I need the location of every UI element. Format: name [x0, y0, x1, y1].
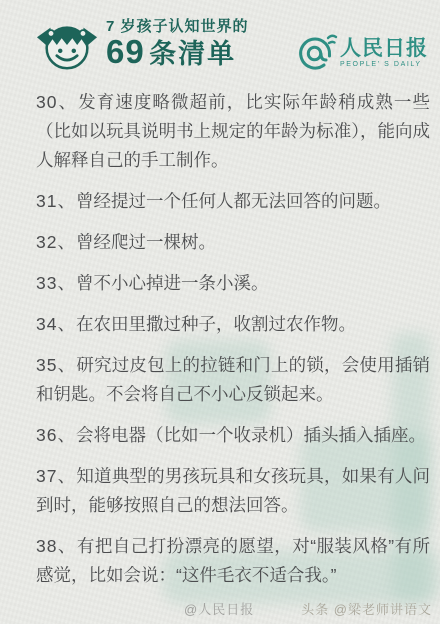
footer: @人民日报 头条 @梁老师讲语文 — [0, 600, 440, 620]
list-item: 31、曾经提过一个任何人都无法回答的问题。 — [36, 187, 430, 216]
peoples-daily-logo: 人民日报 PEOPLE' S DAILY — [292, 30, 428, 76]
item-number: 36、 — [36, 425, 76, 445]
logo-subtitle: PEOPLE' S DAILY — [340, 60, 428, 69]
item-text: 曾不小心掉进一条小溪。 — [76, 273, 269, 293]
item-number: 32、 — [36, 232, 76, 252]
girl-face-icon — [36, 18, 98, 74]
item-text: 知道典型的男孩玩具和女孩玩具，如果有人问到时，能够按照自己的想法回答。 — [36, 466, 430, 515]
list-item: 36、会将电器（比如一个收录机）插头插入插座。 — [36, 421, 430, 450]
item-text: 曾经爬过一棵树。 — [76, 232, 216, 252]
item-number: 31、 — [36, 191, 76, 211]
title-number: 69 — [106, 33, 145, 70]
at-megaphone-icon — [292, 30, 338, 76]
list-item: 30、发育速度略微超前，比实际年龄稍成熟一些（比如以玩具说明书上规定的年龄为标准… — [36, 88, 430, 175]
list-item: 33、曾不小心掉进一条小溪。 — [36, 269, 430, 298]
item-text: 在农田里撒过种子，收割过农作物。 — [76, 314, 356, 334]
item-text: 曾经提过一个任何人都无法回答的问题。 — [76, 191, 391, 211]
item-number: 35、 — [36, 355, 76, 375]
list-item: 35、研究过皮包上的拉链和门上的锁，会使用插销和钥匙。不会将自己不小心反锁起来。 — [36, 351, 430, 409]
checklist: 30、发育速度略微超前，比实际年龄稍成熟一些（比如以玩具说明书上规定的年龄为标准… — [0, 88, 440, 602]
item-text: 研究过皮包上的拉链和门上的锁，会使用插销和钥匙。不会将自己不小心反锁起来。 — [36, 355, 430, 404]
item-number: 38、 — [36, 536, 77, 556]
footer-watermark-right: 头条 @梁老师讲语文 — [301, 600, 432, 620]
header: 7 岁孩子认知世界的 69 条清单 人民日报 PEOPLE' S DA — [0, 0, 440, 92]
title-line2: 69 条清单 — [106, 36, 249, 75]
item-number: 33、 — [36, 273, 76, 293]
item-text: 会将电器（比如一个收录机）插头插入插座。 — [76, 425, 426, 445]
list-item: 34、在农田里撒过种子，收割过农作物。 — [36, 310, 430, 339]
title-badge: 7 岁孩子认知世界的 69 条清单 — [36, 18, 249, 75]
item-text: 有把自己打扮漂亮的愿望，对“服装风格”有所感觉，比如会说：“这件毛衣不适合我。” — [36, 536, 430, 585]
list-item: 38、有把自己打扮漂亮的愿望，对“服装风格”有所感觉，比如会说：“这件毛衣不适合… — [36, 532, 430, 590]
title-suffix: 条清单 — [149, 39, 236, 69]
item-number: 37、 — [36, 466, 76, 486]
logo-text: 人民日报 PEOPLE' S DAILY — [340, 38, 428, 69]
page-title: 7 岁孩子认知世界的 69 条清单 — [106, 18, 249, 75]
item-number: 30、 — [36, 92, 78, 112]
infographic-card: 7 岁孩子认知世界的 69 条清单 人民日报 PEOPLE' S DA — [0, 0, 440, 624]
item-text: 发育速度略微超前，比实际年龄稍成熟一些（比如以玩具说明书上规定的年龄为标准），能… — [36, 92, 430, 170]
logo-name: 人民日报 — [340, 38, 428, 60]
list-item: 37、知道典型的男孩玩具和女孩玩具，如果有人问到时，能够按照自己的想法回答。 — [36, 462, 430, 520]
list-item: 32、曾经爬过一棵树。 — [36, 228, 430, 257]
item-number: 34、 — [36, 314, 76, 334]
footer-credit-left: @人民日报 — [184, 600, 254, 620]
